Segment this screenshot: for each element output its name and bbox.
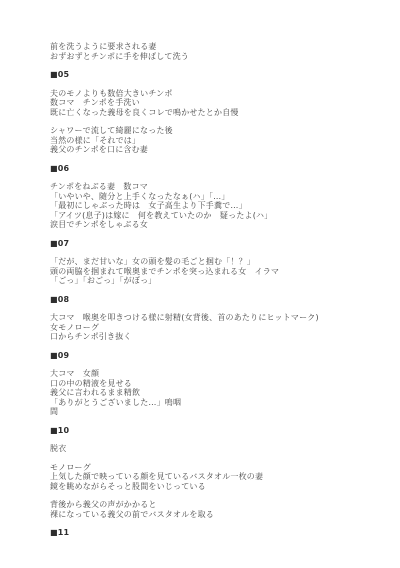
section-heading: ■06 [50, 164, 370, 174]
text-line: 大コマ 女顔 [50, 369, 370, 379]
text-line: 背後から義父の声がかかると [50, 500, 370, 510]
text-line: 大コマ 喉奥を叩きつける様に射精(女背後、首のあたりにヒットマーク) [50, 313, 370, 323]
text-line: 間 [50, 407, 370, 417]
text-line: 義父のチンポを口に含む妻 [50, 145, 370, 155]
text-line: 頭の両脇を掴まれて喉奥までチンポを突っ込まれる女 イラマ [50, 267, 370, 277]
section-heading: ■05 [50, 70, 370, 80]
text-line: 数コマ チンポを手洗い [50, 98, 370, 108]
text-line: 涙目でチンポをしゃぶる女 [50, 220, 370, 230]
text-line: 「ごっ」「おごっ」「がぼっ」 [50, 276, 370, 286]
section-block: ■09 [50, 351, 370, 361]
text-line: 裸になっている義父の前でバスタオルを取る [50, 510, 370, 520]
text-line: モノローグ [50, 463, 370, 473]
text-line: 義父に言われるまま精飲 [50, 388, 370, 398]
text-line: 「最初にしゃぶった時は 女子高生より下手糞で…」 [50, 201, 370, 211]
text-line: 当然の様に「それでは」 [50, 136, 370, 146]
text-line: チンポをねぶる妻 数コマ [50, 182, 370, 192]
paragraph-block: 背後から義父の声がかかると裸になっている義父の前でバスタオルを取る [50, 500, 370, 519]
paragraph-block: 「だが、まだ甘いな」女の頭を髪の毛ごと掴む「！？」頭の両脇を掴まれて喉奥までチン… [50, 257, 370, 286]
text-line: シャワーで流して綺麗になった後 [50, 126, 370, 136]
section-block: ■05 [50, 70, 370, 80]
text-line: 「だが、まだ甘いな」女の頭を髪の毛ごと掴む「！？」 [50, 257, 370, 267]
section-block: ■06 [50, 164, 370, 174]
text-line: 「ありがとうございました…」嗚咽 [50, 398, 370, 408]
text-line: 女モノローグ [50, 323, 370, 333]
text-line: 脱衣 [50, 444, 370, 454]
paragraph-block: シャワーで流して綺麗になった後当然の様に「それでは」義父のチンポを口に含む妻 [50, 126, 370, 155]
text-line: 「アイツ(息子)は嫁に 何を教えていたのか 疑ったよ(ハ」 [50, 211, 370, 221]
section-heading: ■08 [50, 295, 370, 305]
paragraph-block: モノローグ上気した顔で映っている顔を見ているバスタオル一枚の妻鏡を眺めながらそっ… [50, 463, 370, 492]
section-block: ■07 [50, 239, 370, 249]
text-line: 口の中の精液を見せる [50, 379, 370, 389]
paragraph-block: チンポをねぶる妻 数コマ「いやいや、随分と上手くなったなぁ(ハ」「…」「最初にし… [50, 182, 370, 230]
section-heading: ■09 [50, 351, 370, 361]
section-block: ■10 [50, 426, 370, 436]
paragraph-block: 前を洗うように要求される妻おずおずとチンポに手を伸ばして洗う [50, 42, 370, 61]
section-heading: ■11 [50, 528, 370, 538]
paragraph-block: 脱衣 [50, 444, 370, 454]
text-line: 上気した顔で映っている顔を見ているバスタオル一枚の妻 [50, 472, 370, 482]
text-line: 「いやいや、随分と上手くなったなぁ(ハ」「…」 [50, 192, 370, 202]
section-block: ■08 [50, 295, 370, 305]
text-line: 口からチンポ引き抜く [50, 332, 370, 342]
section-block: ■11 [50, 528, 370, 538]
text-line: 鏡を眺めながらそっと股間をいじっている [50, 482, 370, 492]
text-line: おずおずとチンポに手を伸ばして洗う [50, 52, 370, 62]
paragraph-block: 夫のモノよりも数倍大きいチンポ数コマ チンポを手洗い既に亡くなった義母を良くコレ… [50, 89, 370, 118]
document-page: 前を洗うように要求される妻おずおずとチンポに手を伸ばして洗う■05夫のモノよりも… [0, 0, 400, 568]
text-line: 既に亡くなった義母を良くコレで鳴かせたとか自慢 [50, 108, 370, 118]
section-heading: ■10 [50, 426, 370, 436]
paragraph-block: 大コマ 女顔口の中の精液を見せる義父に言われるまま精飲「ありがとうございました…… [50, 369, 370, 417]
text-line: 夫のモノよりも数倍大きいチンポ [50, 89, 370, 99]
document-body: 前を洗うように要求される妻おずおずとチンポに手を伸ばして洗う■05夫のモノよりも… [50, 42, 370, 538]
text-line: 前を洗うように要求される妻 [50, 42, 370, 52]
paragraph-block: 大コマ 喉奥を叩きつける様に射精(女背後、首のあたりにヒットマーク)女モノローグ… [50, 313, 370, 342]
section-heading: ■07 [50, 239, 370, 249]
